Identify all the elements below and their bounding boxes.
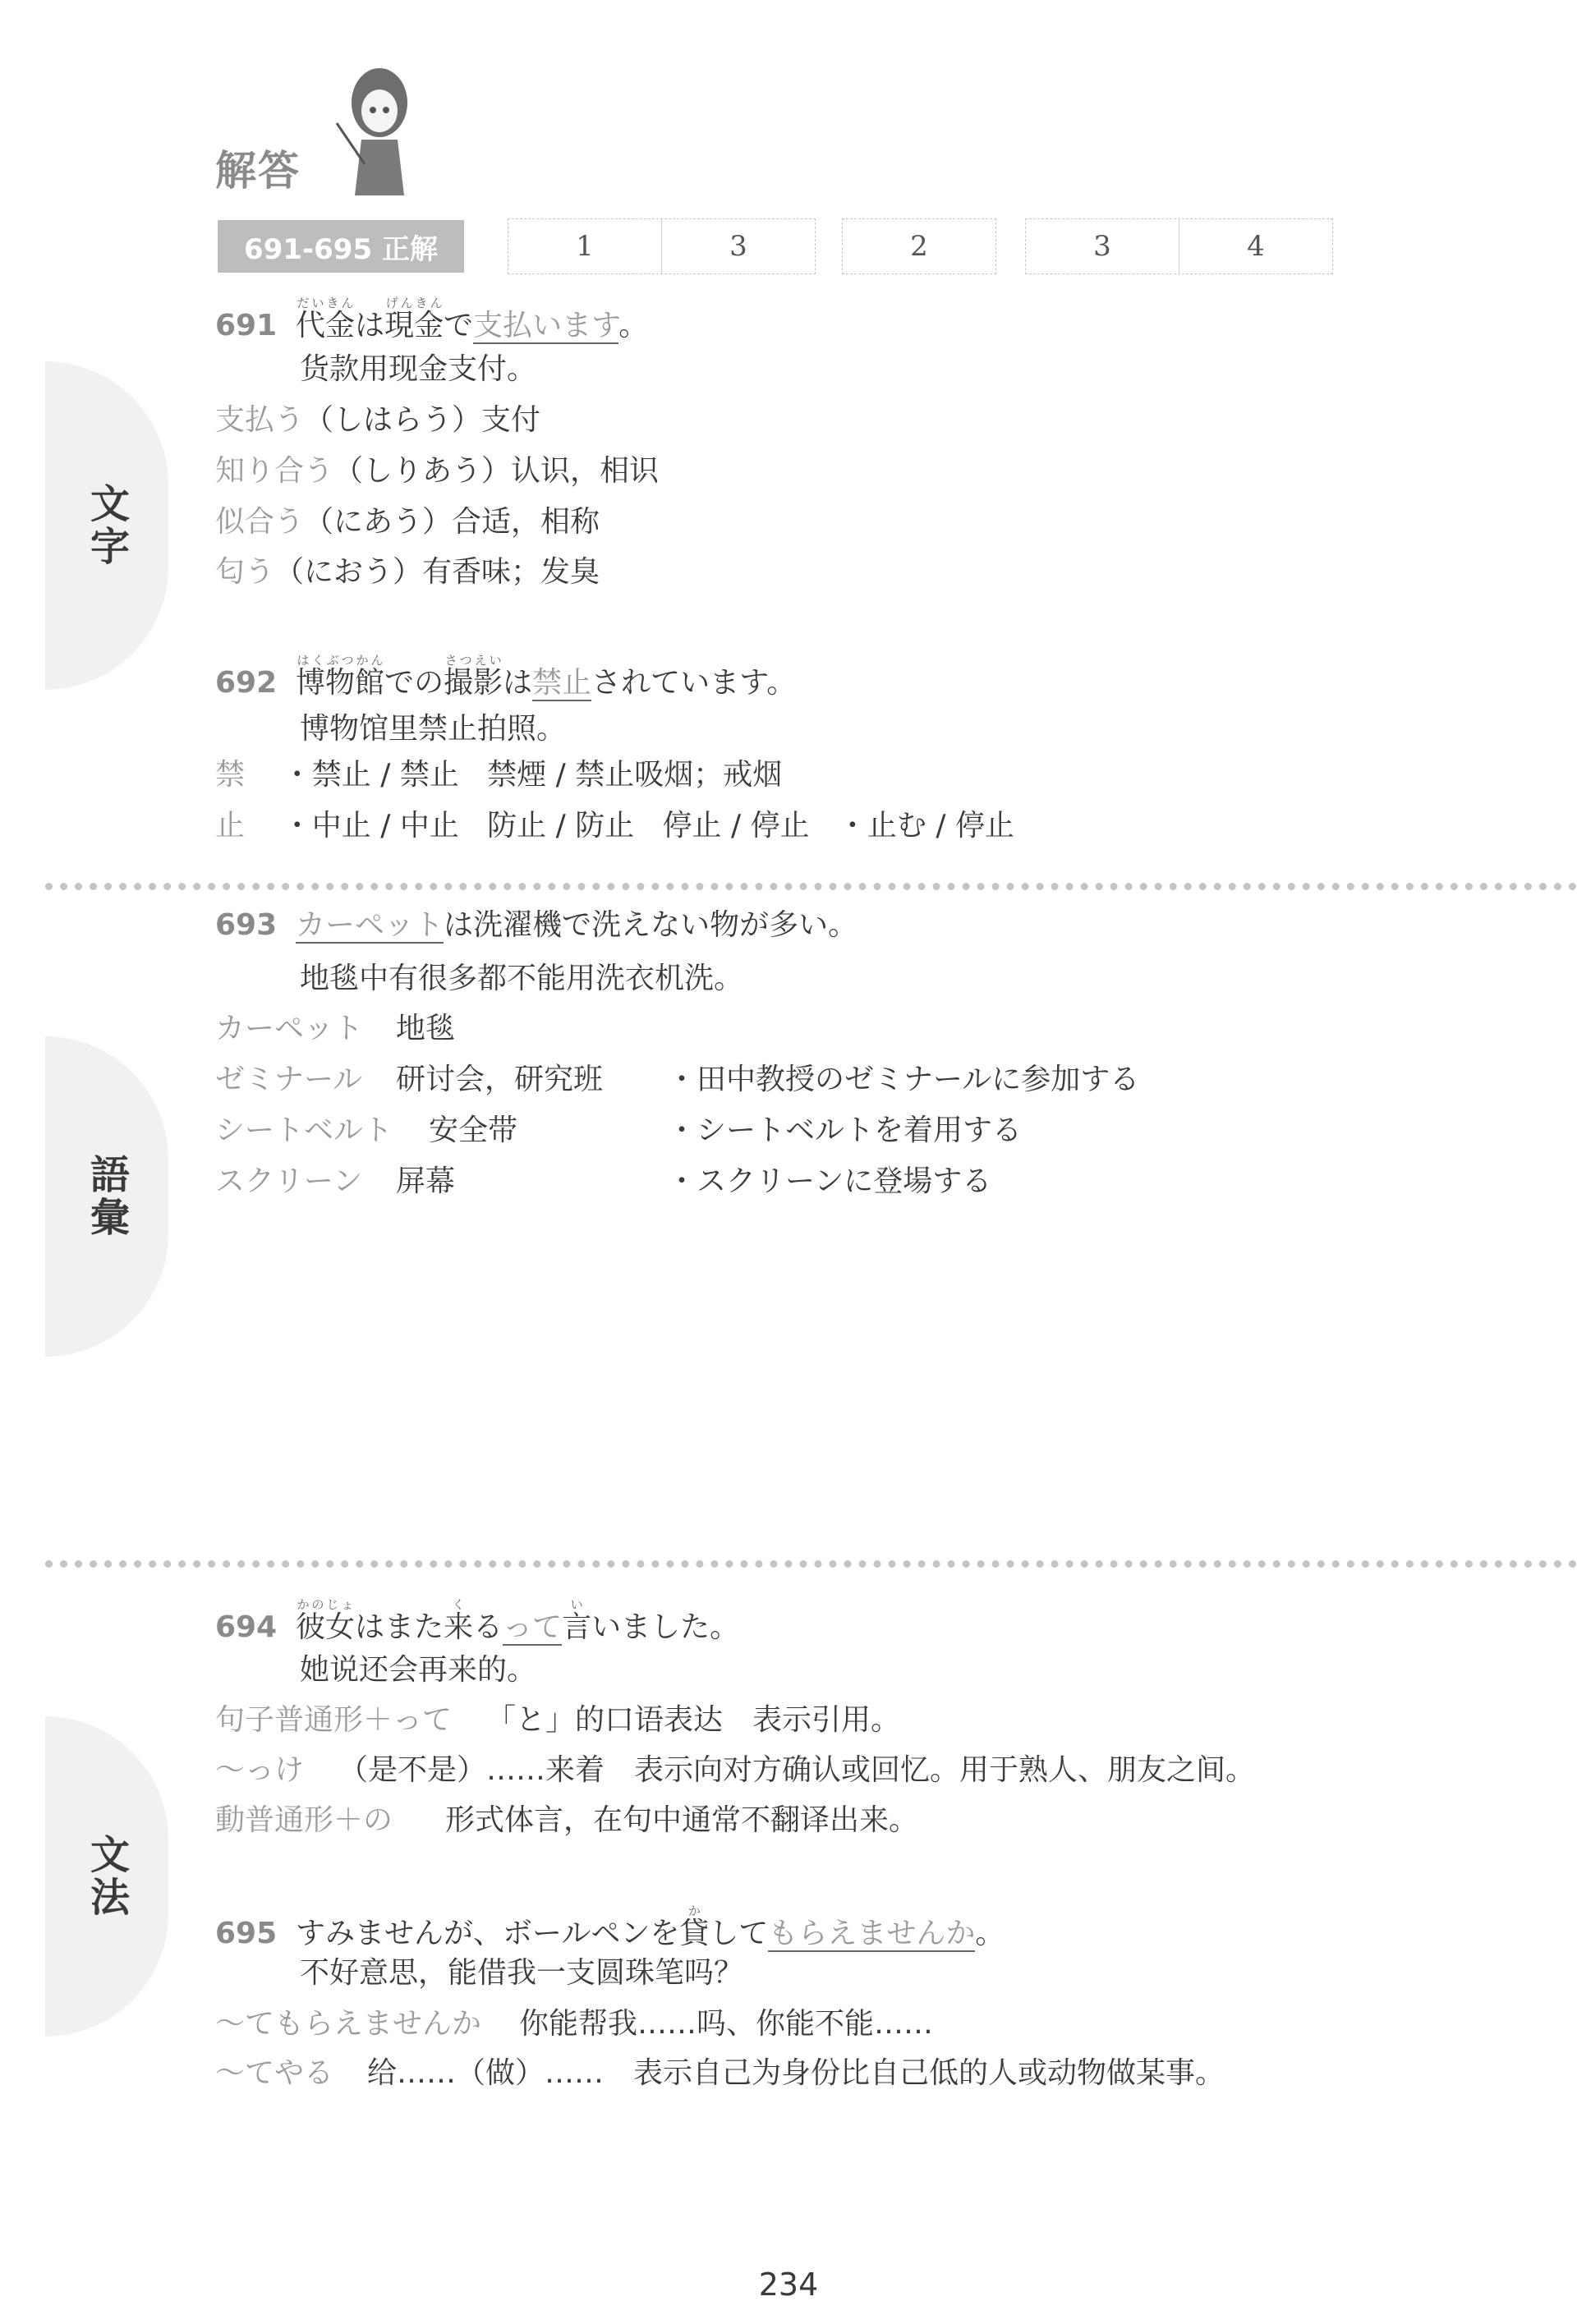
question-695: 695 すみませんが、ボールペンを貸かしてもらえませんか。: [215, 1904, 1005, 1952]
translation-691: 货款用现金支付。: [300, 351, 536, 388]
vocab-row: 知り合う（しりあう）认识，相识: [215, 453, 659, 489]
underlined-target: って: [503, 1610, 562, 1646]
underlined-target: もらえませんか: [768, 1917, 975, 1952]
translation-693: 地毯中有很多都不能用洗衣机洗。: [300, 961, 743, 997]
translation-694: 她说还会再来的。: [300, 1652, 536, 1688]
grammar-row: 動普通形＋の形式体言，在句中通常不翻译出来。: [215, 1803, 918, 1839]
question-693: 693 カーペットは洗濯機で洗えない物が多い。: [215, 907, 857, 944]
question-694: 694 彼女かのじょはまた来くるって言いいました。: [215, 1597, 739, 1646]
answer-692: 3: [661, 219, 815, 273]
answer-695: 4: [1179, 219, 1332, 273]
answer-group-1: 1 3: [508, 218, 816, 274]
answer-group-3: 3 4: [1025, 218, 1333, 274]
vocab-row: スクリーン屏幕・スクリーンに登場する: [215, 1164, 991, 1200]
question-691: 691 代金だいきんは現金げんきんで支払います。: [215, 296, 648, 344]
vocab-row: 匂う（におう）有香味；发臭: [215, 554, 600, 590]
answer-693: 2: [843, 219, 995, 273]
grammar-row: ～っけ（是不是）……来着 表示向对方确认或回忆。用于熟人、朋友之间。: [215, 1752, 1255, 1789]
translation-692: 博物馆里禁止拍照。: [300, 711, 566, 747]
underlined-target: カーペット: [296, 908, 444, 944]
section-divider: [45, 1560, 1577, 1568]
vocab-row: 似合う（にあう）合适，相称: [215, 504, 600, 540]
underlined-target: 禁止: [532, 666, 591, 701]
vocab-row: ゼミナール研讨会，研究班・田中教授のゼミナールに参加する: [215, 1062, 1139, 1098]
page-number: 234: [0, 2267, 1577, 2303]
answer-694: 3: [1026, 219, 1179, 273]
side-tab-goi: 語彙: [45, 1036, 168, 1357]
answer-label: 691-695 正解: [218, 220, 464, 273]
grammar-row: ～てもらえませんか你能帮我……吗、你能不能……: [215, 2006, 933, 2042]
vocab-row: 支払う（しはらう）支付: [215, 402, 540, 439]
grammar-row: ～てやる给……（做）…… 表示自己为身份比自己低的人或动物做某事。: [215, 2055, 1225, 2092]
translation-695: 不好意思，能借我一支圆珠笔吗？: [300, 1955, 743, 1991]
kanji-row: 止 ・中止 / 中止 防止 / 防止 停止 / 停止 ・止む / 停止: [215, 808, 1014, 844]
answer-691: 1: [508, 219, 661, 273]
section-title: 解答: [215, 138, 301, 197]
underlined-target: 支払います: [473, 309, 618, 344]
question-692: 692 博物館はくぶつかんでの撮影さつえいは禁止されています。: [215, 653, 796, 701]
section-divider: [45, 883, 1577, 890]
grammar-row: 句子普通形＋って「と」的口语表达 表示引用。: [215, 1702, 900, 1738]
answer-group-2: 2: [842, 218, 996, 274]
vocab-row: シートベルト安全带・シートベルトを着用する: [215, 1113, 1022, 1149]
side-tab-moji: 文字: [45, 361, 168, 690]
side-tab-bunpo: 文法: [45, 1716, 168, 2037]
vocab-row: カーペット地毯: [215, 1011, 455, 1047]
kanji-row: 禁 ・禁止 / 禁止 禁煙 / 禁止吸烟；戒烟: [215, 757, 782, 793]
teacher-mascot-icon: [329, 57, 419, 197]
